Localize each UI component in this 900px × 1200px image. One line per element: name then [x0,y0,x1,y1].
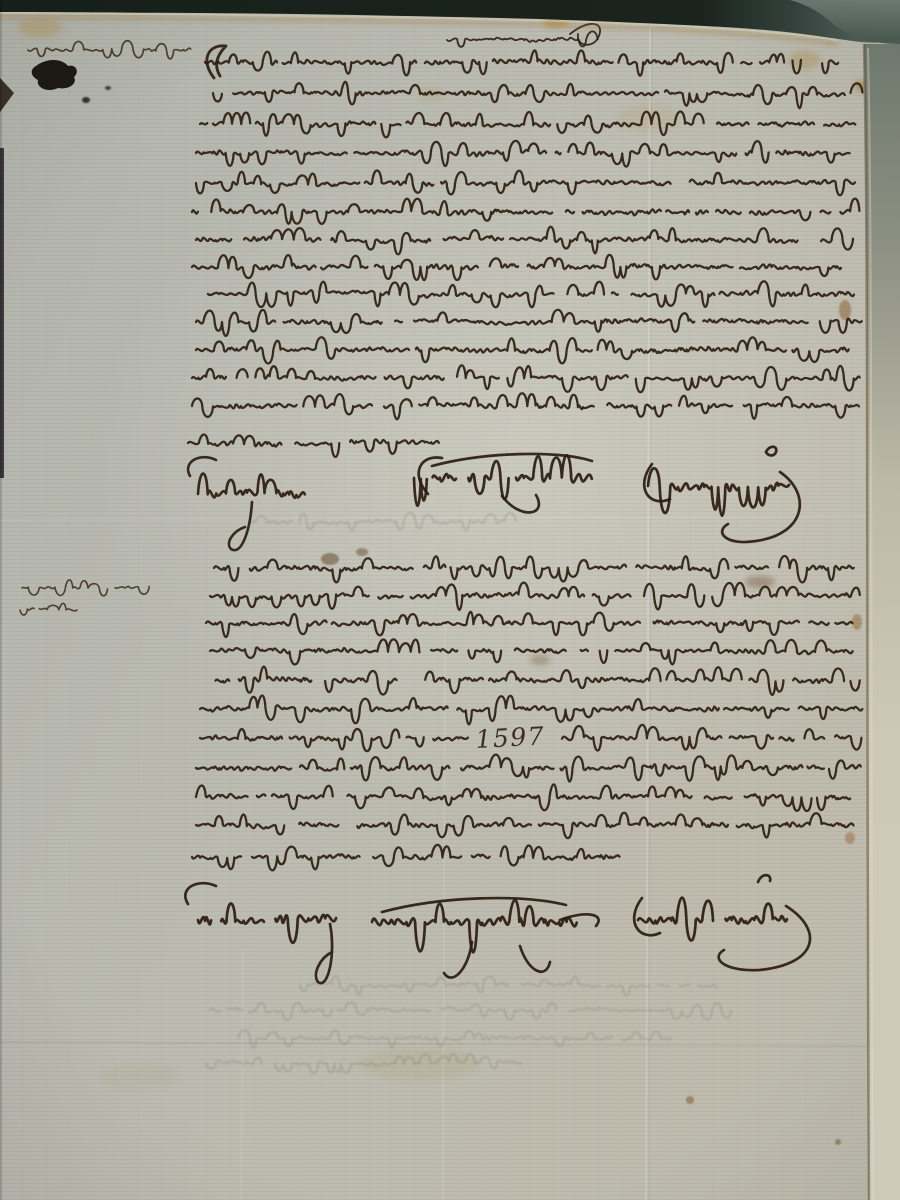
stain [845,832,855,844]
signature-flourish [229,502,252,550]
handwriting-line [206,612,852,637]
stain [356,548,368,556]
text-block-1 [188,46,862,457]
signature-row2-center [372,898,599,977]
handwriting-line [196,310,862,336]
signature-flourish [316,924,332,983]
signature-flourish [758,875,770,882]
handwriting-line [192,365,860,392]
crease-line [241,948,243,1200]
signature-stroke [198,903,336,942]
crease-line [0,1042,868,1046]
handwriting-line [196,813,854,838]
handwriting-line [196,141,850,167]
handwriting-line [213,82,862,108]
signatures [185,447,810,983]
bleedthrough-line [250,513,516,531]
signature-flourish [382,898,566,912]
stain [530,655,550,665]
stain [321,553,339,565]
stain [852,614,862,630]
signature-flourish [185,883,216,904]
margin-note-line [22,580,149,596]
page-fore-edge [864,44,900,1200]
text-block-2 [192,556,866,870]
stain [105,86,111,90]
signature-row2-right [634,875,810,970]
handwriting-line [192,255,841,280]
handwriting-line [192,199,859,224]
paper-creases [0,28,868,1200]
margin-note-line [28,41,191,59]
handwriting-line [196,784,850,811]
ink-blot [0,60,77,112]
handwriting-line [196,755,861,782]
handwriting-line [210,583,860,610]
handwriting-line [192,845,633,870]
signature-flourish [502,495,539,512]
signature-row1-left [188,457,305,550]
signature-stroke [198,473,305,497]
signature-flourish [444,942,472,978]
stain [100,1063,180,1089]
ink-blot-main [32,60,77,90]
left-edge-shade [0,0,2,1200]
signature-flourish [520,946,550,972]
signature-stroke [648,468,789,515]
bleedthrough-line [300,976,723,995]
stain [18,19,62,37]
signature-row1-right [644,447,800,542]
paper-edge-chip [0,78,14,112]
stain [839,300,851,320]
handwriting-line [196,227,853,255]
handwriting-line [196,170,855,195]
handwriting-line [205,50,838,75]
left-edge [0,0,4,1200]
binding-top [0,0,900,44]
handwriting-line [216,667,860,695]
crease-line [0,516,868,520]
interlinear-insertion [447,31,598,47]
manuscript-scene: 1597 [0,0,900,1200]
manuscript-photo: 1597 [0,0,900,1200]
handwriting-line [192,393,859,419]
handwriting-line [208,281,854,307]
signature-flourish [722,472,800,542]
handwriting-line [200,695,862,724]
stain [745,576,775,588]
margin-annotations [20,41,191,615]
year-1597: 1597 [475,721,546,754]
stain [82,97,90,103]
margin-note-line [20,603,77,614]
handwriting-line [200,112,855,138]
bleedthrough-line [210,1002,731,1019]
signature-row2-left [185,883,336,983]
stain [835,1139,841,1145]
signature-row1-center [414,454,592,512]
stain [618,104,678,132]
stain [686,1096,694,1104]
handwriting-line [196,337,849,363]
handwriting-line [188,435,439,457]
signature-flourish [766,447,776,456]
